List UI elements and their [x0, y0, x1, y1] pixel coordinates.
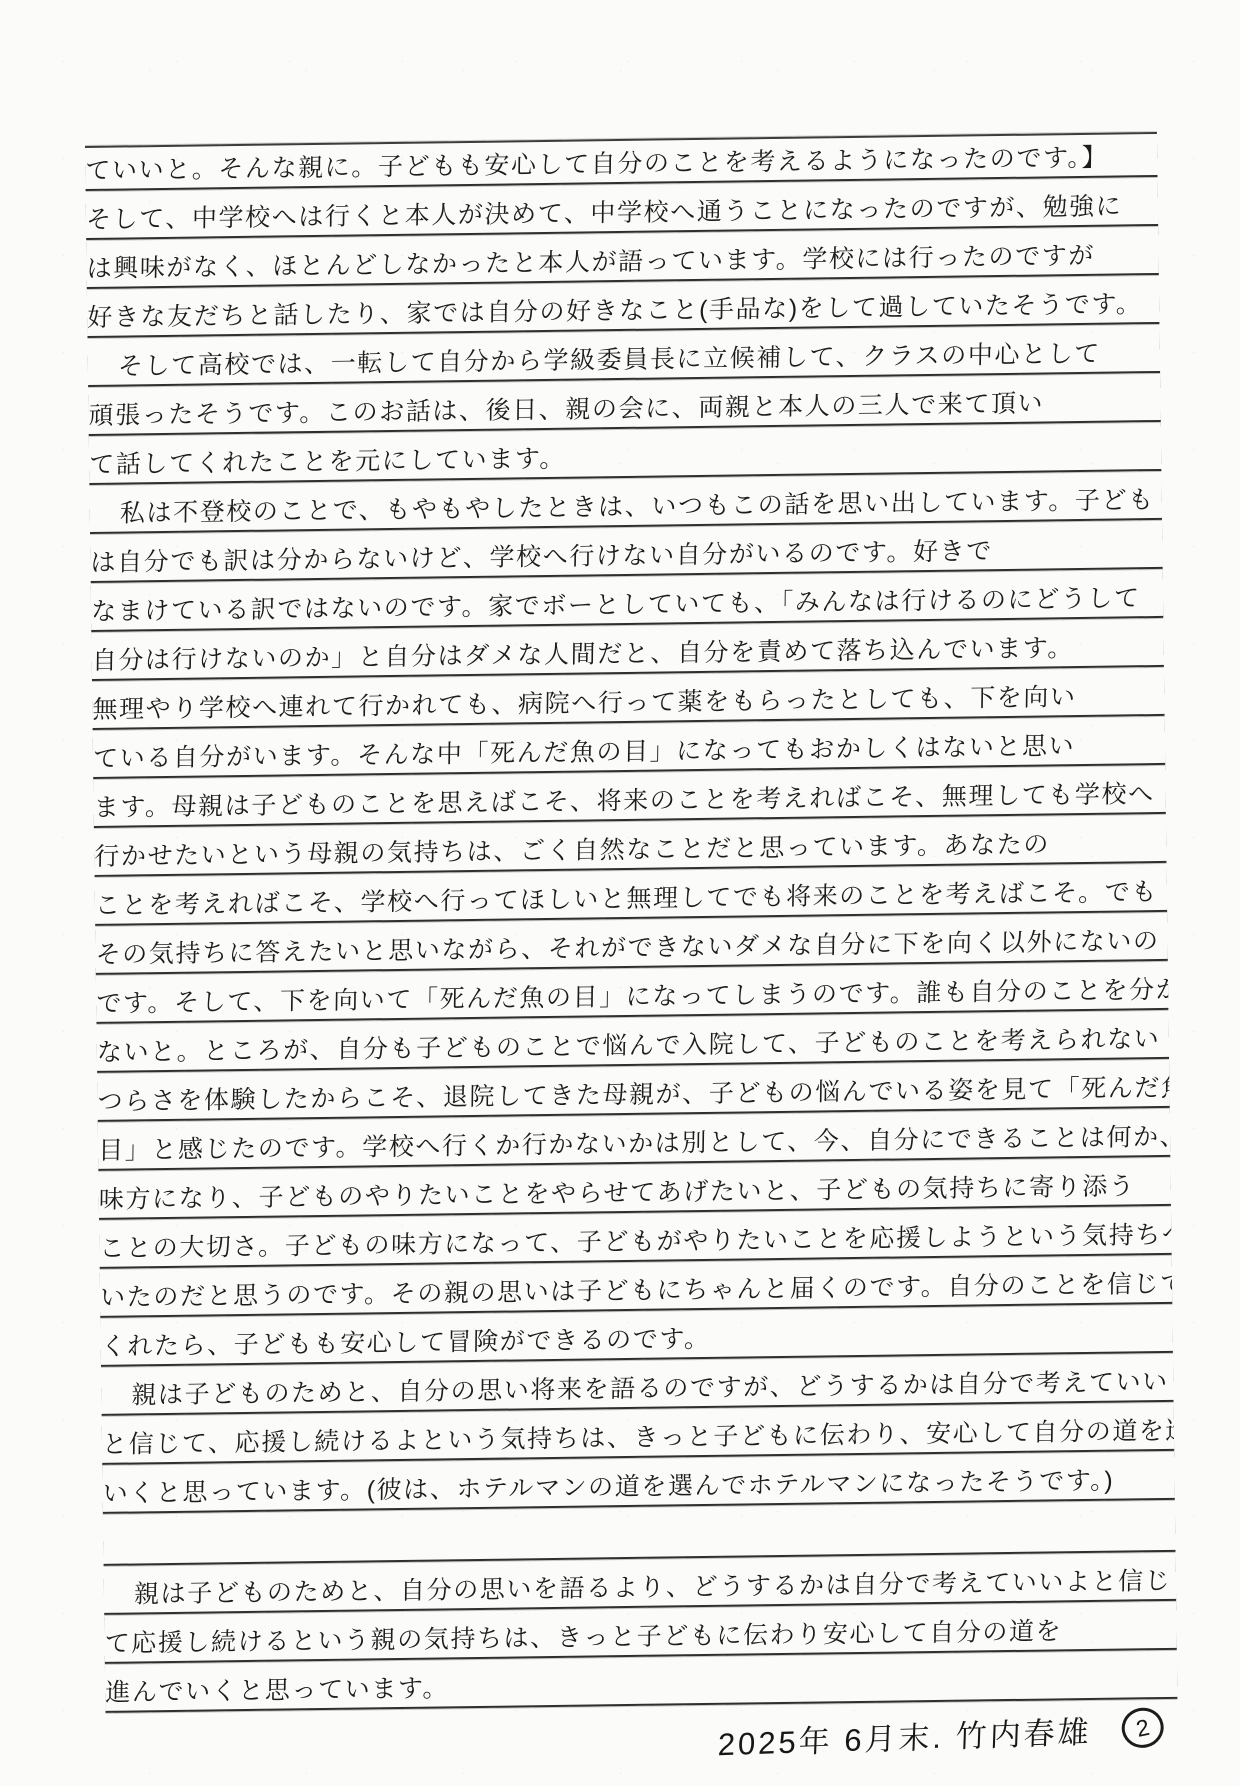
- page-number-circled: 2: [1118, 1703, 1167, 1751]
- scanned-page: ていいと。そんな親に。子どもも安心して自分のことを考えるようになったのです。】そ…: [0, 0, 1240, 1753]
- signature-row: 2025年 6月末. 竹内春雄 2: [106, 1704, 1179, 1753]
- text-lines: ていいと。そんな親に。子どもも安心して自分のことを考えるようになったのです。】そ…: [85, 132, 1177, 1713]
- handwritten-content: ていいと。そんな親に。子どもも安心して自分のことを考えるようになったのです。】そ…: [85, 132, 1178, 1753]
- line-text: て話してくれたことを元にしています。: [89, 447, 566, 483]
- signature-date-author: 2025年 6月末. 竹内春雄: [717, 1706, 1092, 1753]
- line-text: 進んでいくと思っています。: [105, 1676, 449, 1711]
